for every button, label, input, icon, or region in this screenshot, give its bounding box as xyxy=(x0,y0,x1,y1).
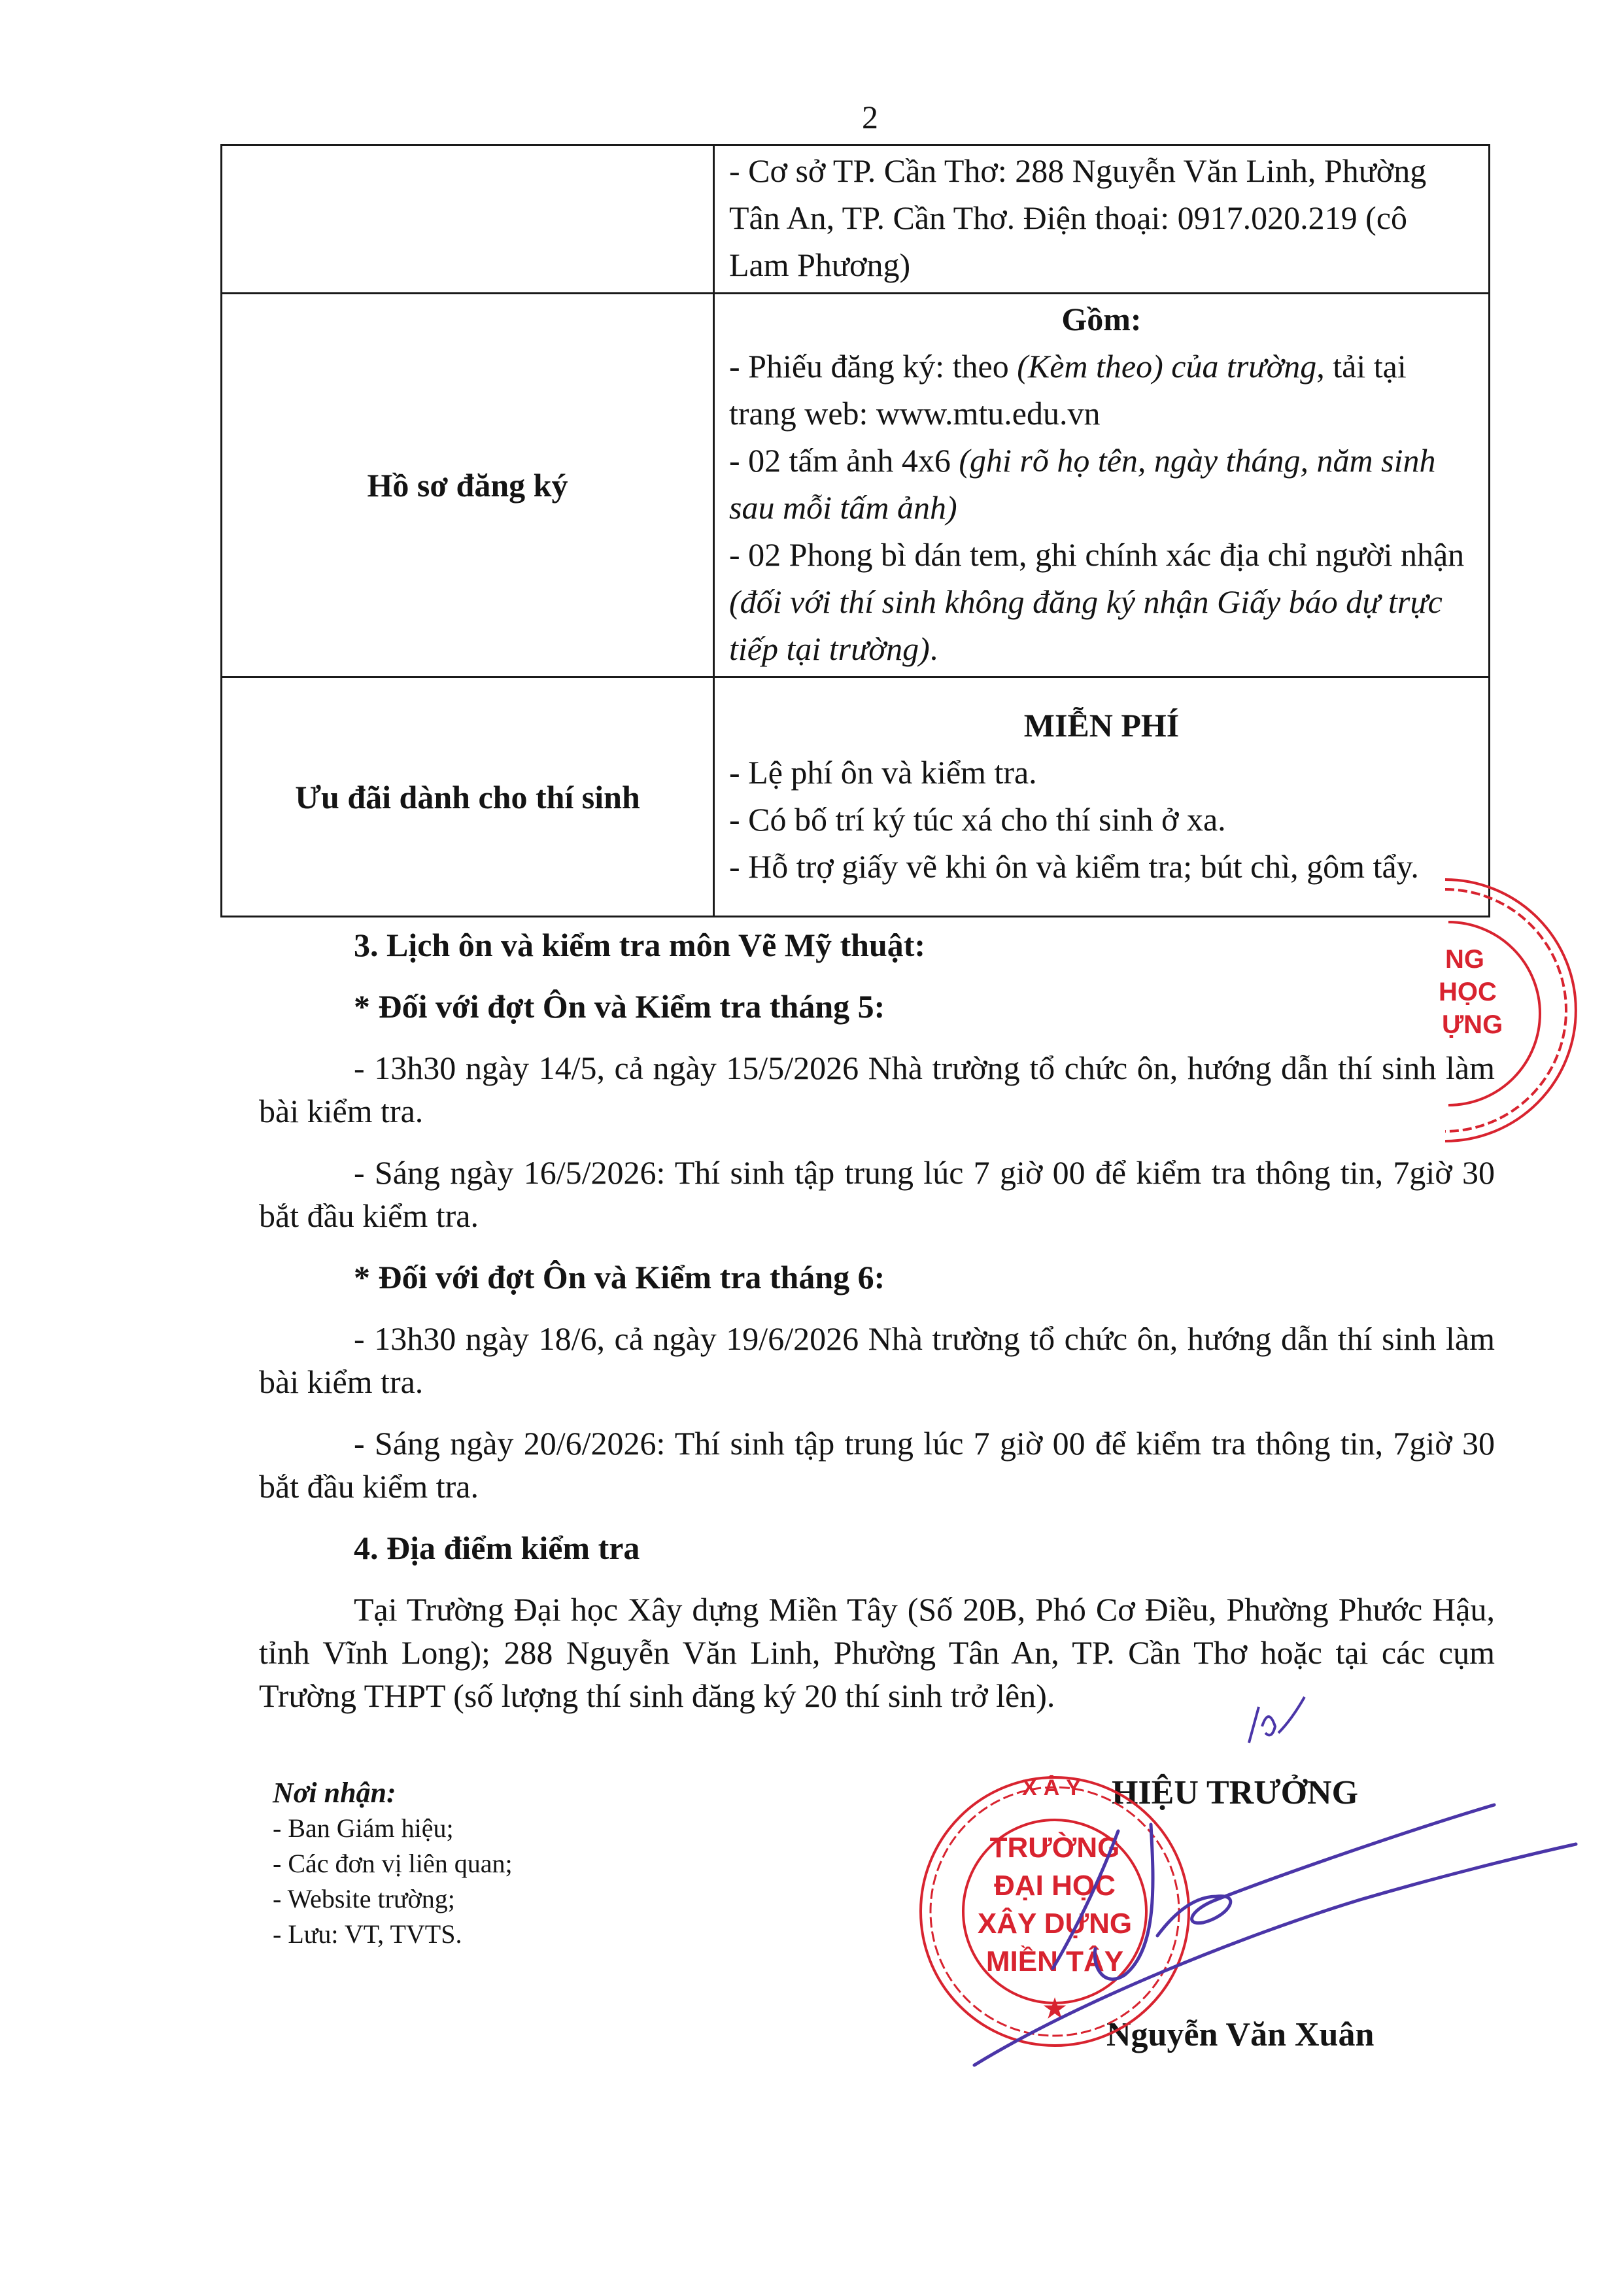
recipient-item: - Website trường; xyxy=(273,1881,513,1917)
item-text: . xyxy=(930,630,938,667)
signer-title: HIỆU TRƯỞNG xyxy=(1112,1773,1358,1812)
row-heading: MIỄN PHÍ xyxy=(729,702,1474,749)
item-text: - 02 Phong bì dán tem, ghi chính xác địa… xyxy=(729,536,1464,573)
row-label-uu-dai: Ưu đãi dành cho thí sinh xyxy=(222,677,714,917)
row-value: Gồm: - Phiếu đăng ký: theo (Kèm theo) củ… xyxy=(714,294,1490,677)
svg-text:TRƯỜNG: TRƯỜNG xyxy=(990,1831,1120,1864)
table-row: Hồ sơ đăng ký Gồm: - Phiếu đăng ký: theo… xyxy=(222,294,1490,677)
row-heading: Gồm: xyxy=(729,296,1474,343)
table-row: Ưu đãi dành cho thí sinh MIỄN PHÍ - Lệ p… xyxy=(222,677,1490,917)
svg-text:★: ★ xyxy=(1043,1995,1067,2023)
recipients-block: Nơi nhận: - Ban Giám hiệu; - Các đơn vị … xyxy=(273,1775,513,1952)
page-number: 2 xyxy=(862,98,878,136)
list-item: - Có bố trí ký túc xá cho thí sinh ở xa. xyxy=(729,796,1474,843)
school-seal-text: XÂY TRƯỜNG ĐẠI HỌC XÂY DỰNG MIỀN TÂY ★ xyxy=(978,1775,1132,2023)
item-note: (Kèm theo) của trường xyxy=(1017,348,1316,385)
row-value: - Cơ sở TP. Cần Thơ: 288 Nguyễn Văn Linh… xyxy=(714,145,1490,294)
list-item: - Hỗ trợ giấy vẽ khi ôn và kiểm tra; bút… xyxy=(729,843,1474,890)
subsection-heading: * Đối với đợt Ôn và Kiểm tra tháng 6: xyxy=(259,1256,1495,1299)
row-value: MIỄN PHÍ - Lệ phí ôn và kiểm tra. - Có b… xyxy=(714,677,1490,917)
item-text: - 02 tấm ảnh 4x6 xyxy=(729,442,959,479)
recipient-item: - Các đơn vị liên quan; xyxy=(273,1846,513,1881)
subsection-heading: * Đối với đợt Ôn và Kiểm tra tháng 5: xyxy=(259,985,1495,1028)
svg-text:XÂY DỰNG: XÂY DỰNG xyxy=(978,1907,1132,1940)
recipient-item: - Ban Giám hiệu; xyxy=(273,1811,513,1846)
info-table: - Cơ sở TP. Cần Thơ: 288 Nguyễn Văn Linh… xyxy=(220,144,1490,917)
campus-cantho-text: - Cơ sở TP. Cần Thơ: 288 Nguyễn Văn Linh… xyxy=(729,147,1474,288)
section-3: 3. Lịch ôn và kiểm tra môn Vẽ Mỹ thuật: … xyxy=(259,923,1495,1717)
row-label-ho-so: Hồ sơ đăng ký xyxy=(222,294,714,677)
signer-name: Nguyễn Văn Xuân xyxy=(1106,2015,1374,2054)
row-label xyxy=(222,145,714,294)
table-row: - Cơ sở TP. Cần Thơ: 288 Nguyễn Văn Linh… xyxy=(222,145,1490,294)
list-item: - Phiếu đăng ký: theo (Kèm theo) của trư… xyxy=(729,343,1474,437)
svg-text:MIỀN TÂY: MIỀN TÂY xyxy=(986,1945,1123,1978)
list-item: - 02 Phong bì dán tem, ghi chính xác địa… xyxy=(729,531,1474,672)
paragraph: - Sáng ngày 16/5/2026: Thí sinh tập trun… xyxy=(259,1151,1495,1237)
paragraph: - 13h30 ngày 14/5, cả ngày 15/5/2026 Nhà… xyxy=(259,1046,1495,1133)
item-note: (đối với thí sinh không đăng ký nhận Giấ… xyxy=(729,583,1443,667)
svg-text:ĐẠI HỌC: ĐẠI HỌC xyxy=(994,1870,1116,1902)
section-heading: 4. Địa điểm kiểm tra xyxy=(259,1526,1495,1569)
list-item: - 02 tấm ảnh 4x6 (ghi rõ họ tên, ngày th… xyxy=(729,437,1474,531)
recipient-item: - Lưu: VT, TVTS. xyxy=(273,1917,513,1952)
section-heading: 3. Lịch ôn và kiểm tra môn Vẽ Mỹ thuật: xyxy=(259,923,1495,967)
paragraph: Tại Trường Đại học Xây dựng Miền Tây (Số… xyxy=(259,1588,1495,1717)
recipients-title: Nơi nhận: xyxy=(273,1775,513,1811)
list-item: - Lệ phí ôn và kiểm tra. xyxy=(729,749,1474,796)
paragraph: - Sáng ngày 20/6/2026: Thí sinh tập trun… xyxy=(259,1422,1495,1508)
paragraph: - 13h30 ngày 18/6, cả ngày 19/6/2026 Nhà… xyxy=(259,1317,1495,1403)
item-text: - Phiếu đăng ký: theo xyxy=(729,348,1017,385)
svg-text:XÂY: XÂY xyxy=(1022,1775,1087,1800)
school-seal-icon xyxy=(921,1777,1189,2046)
